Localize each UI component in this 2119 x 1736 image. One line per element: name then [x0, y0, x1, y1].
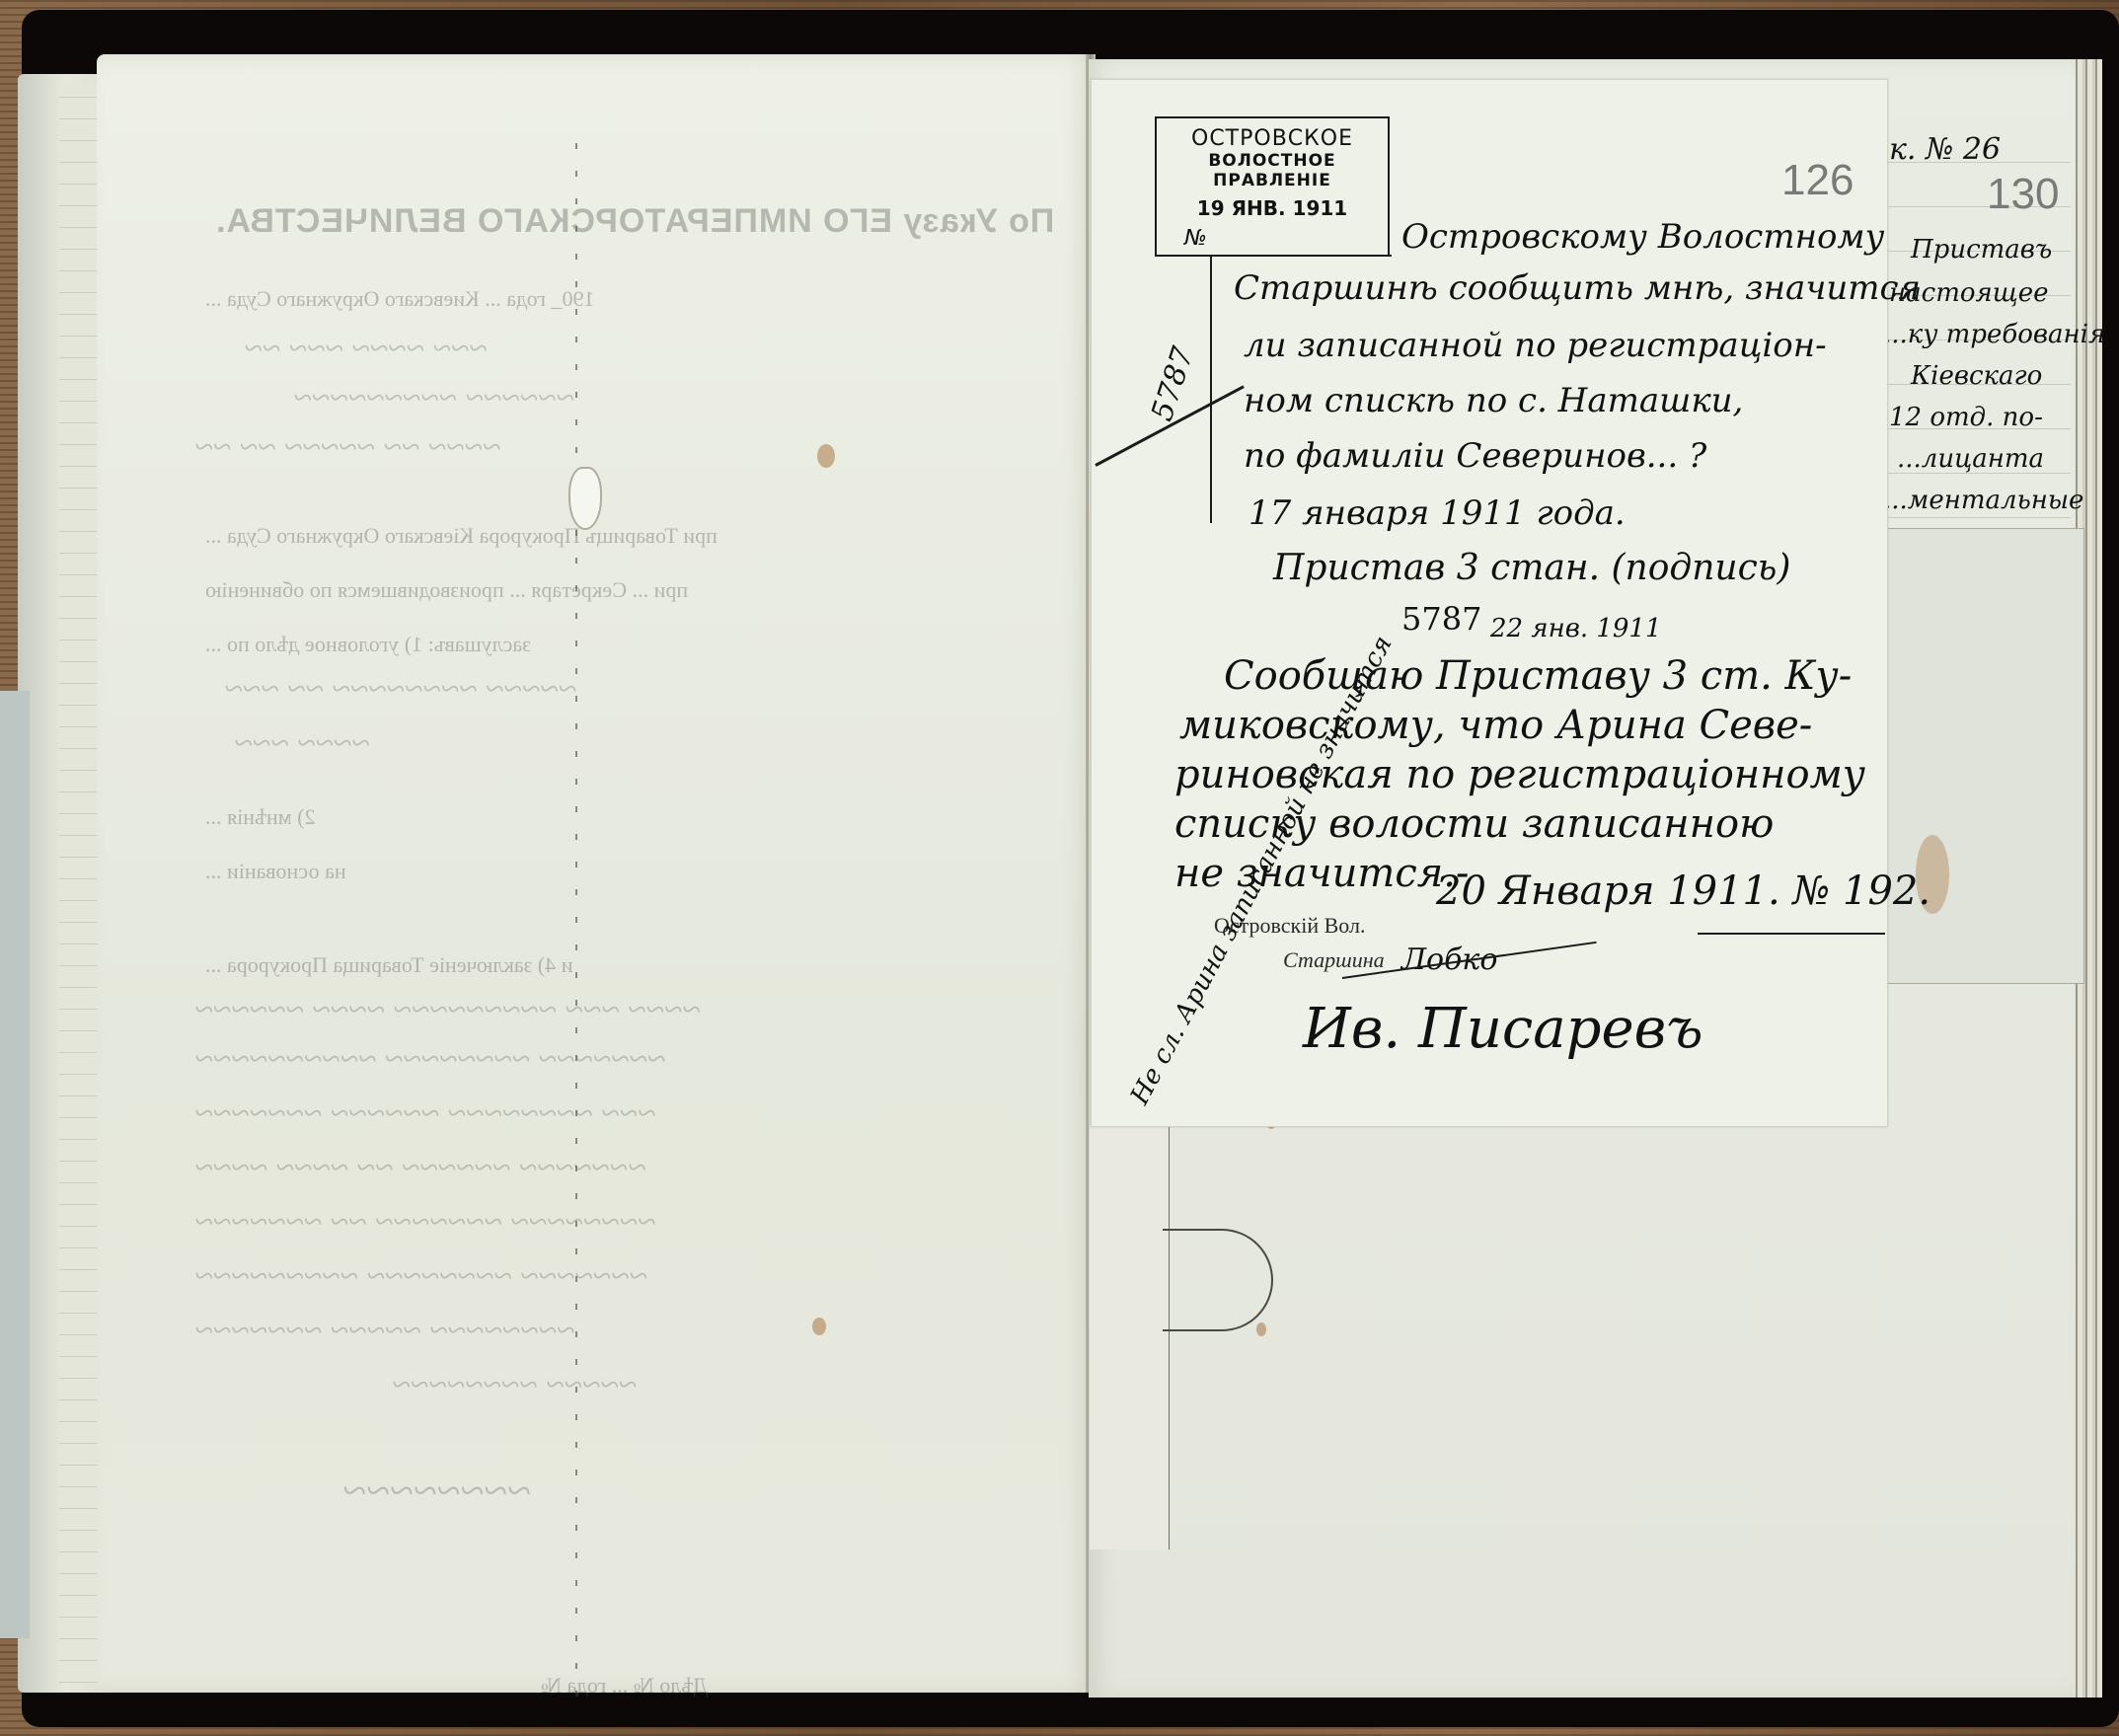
side-note-line: Приставъ [1911, 235, 2052, 264]
request-line: 17 января 1911 года. [1249, 493, 1626, 533]
reply-line: не значится.- [1174, 851, 1469, 896]
reply-line: риновская по регистраціонному [1174, 752, 1865, 797]
printed-title-label: Старшина [1283, 947, 1385, 973]
side-note-line: 12 отд. по- [1889, 403, 2043, 432]
torn-hole [570, 469, 600, 528]
mirrored-print-line: на основаніи ... [205, 859, 346, 884]
mirrored-handwriting: ~~~~~~~~ ~~~~~~~ ~~ ~~~~~~~ [195, 1204, 656, 1242]
mirrored-print-line: при Товарищъ Прокурора Кіевскаго Окружна… [205, 523, 718, 549]
reply-number: 5787 [1401, 600, 1481, 638]
request-signature: Пристав 3 стан. (подпись) [1273, 548, 1790, 588]
mirrored-handwriting: ~~~~~~~ ~~~~~~~~ ~~~~~~~~~~ [195, 1041, 666, 1079]
signature-extra: Лобко [1401, 943, 1497, 977]
mirrored-handwriting: ~~~~~~~ ~~~~~~~~ ~~~~~~~~~ [195, 1258, 647, 1296]
stamp-line-1: ОСТРОВСКОЕ [1157, 126, 1388, 151]
note-page-number: 126 [1781, 156, 1854, 205]
stamp-number-label: № [1157, 226, 1388, 251]
side-note-line: ...ку требованія [1883, 320, 2105, 349]
side-note-line: ...ментальные [1883, 486, 2083, 515]
left-handwritten-scrap [0, 691, 30, 1638]
request-line: ном спискѣ по с. Наташки, [1244, 381, 1743, 420]
reply-date-underline [1698, 933, 1885, 935]
signature: Ив. Писаревъ [1303, 997, 1703, 1061]
reply-date-stamp: 22 янв. 1911 [1490, 614, 1662, 643]
reply-line: миковскому, что Арина Севе- [1179, 703, 1812, 748]
side-note-line: Кіевскаго [1911, 361, 2042, 391]
side-handwritten-note: к. № 26 130 Приставъ настоящее ...ку тре… [1883, 118, 2071, 533]
left-page: По Указу ЕГО ИМПЕРАТОРСКАГО ВЕЛИЧЕСТВА. … [97, 54, 1094, 1693]
side-note-pencil-number: 130 [1987, 170, 2059, 219]
request-line: Островскому Волостному [1401, 217, 1884, 257]
mirrored-print-line: заслушавъ: 1) уголовное дѣло по ... [205, 632, 531, 657]
mirrored-print-line: 2) мнѣнія ... [205, 804, 315, 830]
reply-date: 20 Января 1911. № 192. [1436, 868, 1930, 914]
reply-line: Сообщаю Приставу 3 ст. Ку- [1224, 653, 1852, 699]
request-line: по фамиліи Северинов... ? [1244, 436, 1706, 476]
stain [1256, 1322, 1266, 1336]
request-line: ли записанной по регистраціон- [1244, 326, 1827, 365]
stain [812, 1318, 826, 1335]
mirrored-handwriting: ~~~~ ~~~ ~~~~~~~~~ ~~~~ ~~~~~~ [195, 992, 701, 1029]
mirrored-handwriting: ~~~~~~~~ ~~~~~ ~~~~~~~ [195, 1313, 575, 1350]
fold-line [575, 143, 577, 1702]
mirrored-footer: Дѣло № ... года № [541, 1673, 708, 1698]
mirrored-heading: По Указу ЕГО ИМПЕРАТОРСКАГО ВЕЛИЧЕСТВА. [215, 202, 1054, 241]
mirrored-handwriting: ~~~~ ~~~ [235, 725, 370, 763]
office-stamp: ОСТРОВСКОЕ ВОЛОСТНОЕ ПРАВЛЕНІЕ 19 ЯНВ. 1… [1155, 116, 1390, 257]
side-note-header: к. № 26 [1889, 132, 2001, 167]
mirrored-handwriting: ~~~~~~ ~~~~~~~~~ [294, 380, 574, 417]
mirrored-print-line: при ... Секретаря ... производившемся по… [205, 577, 688, 603]
mirrored-handwriting: ~~~~~~~ ~~~~~~ ~~ ~~~~ ~~~~ [195, 1150, 646, 1187]
mirrored-handwriting: ~~~ ~~~~ ~~~ ~~ [245, 331, 488, 368]
side-note-line: ...лицанта [1897, 444, 2044, 474]
stamp-line-2: ВОЛОСТНОЕ ПРАВЛЕНІЕ [1157, 151, 1388, 190]
margin-rule [1210, 257, 1212, 523]
stain [817, 444, 835, 468]
attached-translucent-slip [1885, 528, 2084, 984]
binding-thread-loop [1163, 1229, 1273, 1331]
mirrored-handwriting: ~~~~~ ~~~~~~~~ ~~ ~~~ [225, 671, 577, 709]
binding-strip [1090, 1125, 1170, 1549]
stamp-date: 19 ЯНВ. 1911 [1157, 196, 1388, 220]
request-line: Старшинѣ сообщить мнѣ, значится [1234, 268, 1921, 308]
mirrored-handwriting: ~~~~ ~~ ~~~~~ ~~ ~~ [195, 429, 501, 467]
mirrored-print-line: 190_ года ... Киевскаго Окружнаго Суда .… [205, 286, 595, 312]
mirrored-handwriting: ~~~ ~~~~~~~~ ~~~~~~ ~~~~~~~ [195, 1095, 656, 1133]
mirrored-handwriting: ~~~~~ ~~~~~~~~ [393, 1367, 638, 1404]
mirrored-print-line: и 4) заключеніе Товарища Прокурора ... [205, 952, 572, 978]
mirrored-signature: ~~~~~~~~ [343, 1466, 531, 1516]
stamp-underline [1155, 255, 1392, 257]
